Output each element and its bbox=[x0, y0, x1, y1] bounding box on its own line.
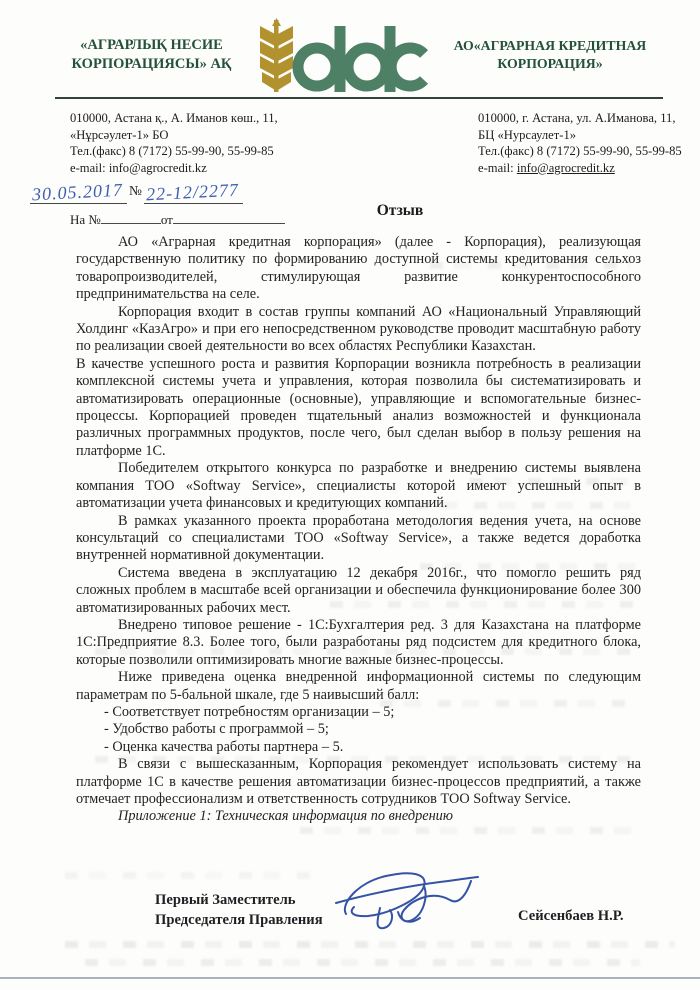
bleedthrough-artifact bbox=[95, 756, 635, 763]
address-ru: 010000, г. Астана, ул. А.Иманова, 11, bbox=[478, 110, 688, 127]
scanner-edge-line bbox=[0, 977, 700, 979]
org-name-kk-line1: «АГРАРЛЫҚ НЕСИЕ bbox=[44, 36, 259, 55]
rating-item: - Удобство работы с программой – 5; bbox=[104, 721, 641, 738]
paragraph: Корпорация входит в состав группы компан… bbox=[76, 304, 641, 356]
paragraph: Ниже приведена оценка внедренной информа… bbox=[76, 669, 641, 704]
incoming-ref-row: На №от bbox=[70, 211, 285, 228]
na-no-label: На № bbox=[70, 212, 101, 227]
phone-kk: Тел.(факс) 8 (7172) 55-99-90, 55-99-85 bbox=[70, 143, 370, 160]
handwritten-date: 30.05.2017 bbox=[32, 180, 124, 206]
bleedthrough-artifact bbox=[95, 648, 635, 655]
bleedthrough-artifact bbox=[330, 601, 640, 608]
bleedthrough-artifact bbox=[65, 872, 315, 879]
incoming-date-blank bbox=[173, 211, 285, 224]
contact-block-kazakh: 010000, Астана қ., А. Иманов көш., 11, «… bbox=[70, 110, 370, 176]
org-name-ru-line2: КОРПОРАЦИЯ» bbox=[428, 55, 672, 73]
document-title: Отзыв bbox=[340, 202, 460, 220]
contact-block-russian: 010000, г. Астана, ул. А.Иманова, 11, БЦ… bbox=[478, 110, 688, 176]
bleedthrough-artifact bbox=[300, 502, 630, 509]
number-sign: № bbox=[129, 183, 142, 199]
paragraph: Система введена в эксплуатацию 12 декабр… bbox=[76, 565, 641, 617]
building-kk: «Нұрсәулет-1» БО bbox=[70, 127, 370, 144]
email-address: info@agrocredit.kz bbox=[517, 161, 615, 175]
outgoing-ref-row: 30.05.2017№22-12/2277 bbox=[30, 182, 390, 210]
wheat-ear-icon bbox=[260, 18, 293, 92]
phone-ru: Тел.(факс) 8 (7172) 55-99-90, 55-99-85 bbox=[478, 143, 688, 160]
paragraph: Внедрено типовое решение - 1С:Бухгалтери… bbox=[76, 617, 641, 669]
signer-position-line1: Первый Заместитель bbox=[155, 890, 323, 910]
org-name-ru-line1: АО«АГРАРНАЯ КРЕДИТНАЯ bbox=[428, 37, 672, 55]
rating-list: - Соответствует потребностям организации… bbox=[76, 704, 641, 756]
handwritten-signature-icon bbox=[328, 856, 493, 951]
logo-letters-aac bbox=[298, 26, 424, 92]
building-ru: БЦ «Нурсаулет-1» bbox=[478, 127, 688, 144]
paragraph: В связи с вышесказанным, Корпорация реко… bbox=[76, 756, 641, 808]
incoming-number-blank bbox=[101, 211, 161, 224]
letter-body: АО «Аграрная кредитная корпорация» (дале… bbox=[76, 234, 641, 826]
handwritten-number: 22-12/2277 bbox=[145, 180, 239, 206]
email-label: e-mail: bbox=[478, 161, 514, 175]
header-divider bbox=[55, 97, 663, 99]
ot-label: от bbox=[161, 212, 173, 227]
org-name-kazakh: «АГРАРЛЫҚ НЕСИЕ КОРПОРАЦИЯСЫ» АҚ bbox=[44, 36, 259, 74]
appendix-note: Приложение 1: Техническая информация по … bbox=[76, 808, 641, 825]
bleedthrough-artifact bbox=[470, 478, 635, 485]
paragraph: В рамках указанного проекта проработана … bbox=[76, 513, 641, 565]
bleedthrough-artifact bbox=[420, 563, 650, 570]
bleedthrough-artifact bbox=[85, 959, 640, 966]
email-ru: e-mail: info@agrocredit.kz bbox=[478, 160, 688, 177]
email-kk: e-mail: info@agrocredit.kz bbox=[70, 160, 370, 177]
company-logo bbox=[254, 18, 430, 96]
signer-position: Первый Заместитель Председателя Правлени… bbox=[155, 890, 323, 930]
bleedthrough-artifact bbox=[380, 700, 635, 707]
bleedthrough-artifact bbox=[430, 262, 630, 269]
signer-position-line2: Председателя Правления bbox=[155, 910, 323, 930]
address-kk: 010000, Астана қ., А. Иманов көш., 11, bbox=[70, 110, 370, 127]
scanned-letter-page: «АГРАРЛЫҚ НЕСИЕ КОРПОРАЦИЯСЫ» АҚ bbox=[0, 0, 700, 990]
bleedthrough-artifact bbox=[300, 827, 645, 834]
signer-name: Сейсенбаев Н.Р. bbox=[518, 908, 623, 925]
org-name-kk-line2: КОРПОРАЦИЯСЫ» АҚ bbox=[44, 55, 259, 74]
wheat-and-aac-logo-icon bbox=[254, 18, 430, 96]
paragraph: В качестве успешного роста и развития Ко… bbox=[76, 356, 641, 460]
rating-item: - Оценка качества работы партнера – 5. bbox=[104, 739, 641, 756]
bleedthrough-artifact bbox=[65, 941, 675, 948]
org-name-russian: АО«АГРАРНАЯ КРЕДИТНАЯ КОРПОРАЦИЯ» bbox=[428, 37, 672, 73]
